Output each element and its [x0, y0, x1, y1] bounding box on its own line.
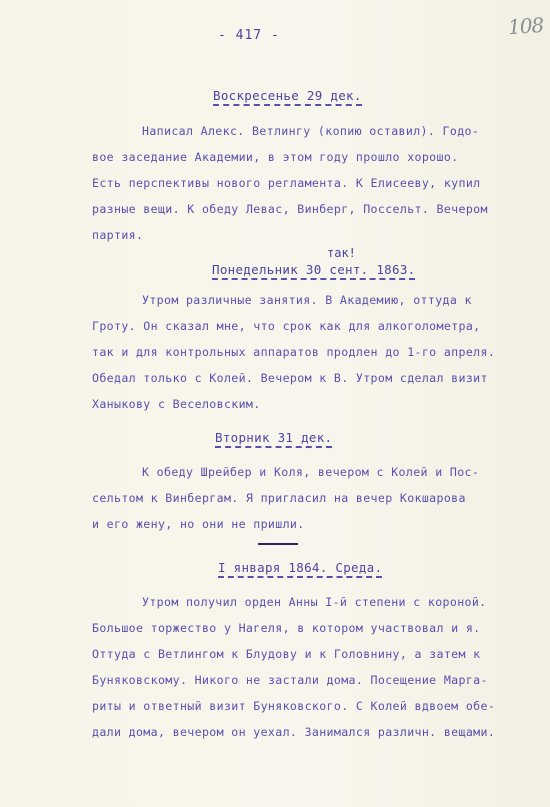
heading-dashed-underline	[212, 278, 415, 280]
entry-body-sunday-29-dec: Написал Алекс. Ветлингу (копию оставил).…	[92, 118, 540, 248]
entry-body-tuesday-31-dec: К обеду Шрейбер и Коля, вечером с Колей …	[92, 459, 540, 537]
entry-heading-1-january-1864: I января 1864. Среда.	[218, 560, 382, 578]
document-page: - 417 - 108 Воскресенье 29 дек. Написал …	[0, 0, 550, 807]
text-line: разные вещи. К обеду Левас, Винберг, Пос…	[92, 196, 540, 222]
heading-dashed-underline	[215, 446, 332, 448]
text-line: Ханыкову с Веселовским.	[92, 391, 540, 417]
entry-heading-text: Воскресенье 29 дек.	[213, 88, 362, 103]
text-line: дали дома, вечером он уехал. Занимался р…	[92, 719, 540, 745]
text-line: сельтом к Винбергам. Я пригласил на вече…	[92, 485, 540, 511]
entry-heading-monday-30: Понедельник 30 сент. 1863.	[212, 262, 415, 280]
text-line: риты и ответный визит Буняковского. С Ко…	[92, 693, 540, 719]
text-line: Буняковскому. Никого не застали дома. По…	[92, 667, 540, 693]
entry-heading-sunday-29-dec: Воскресенье 29 дек.	[213, 88, 362, 106]
text-line: Написал Алекс. Ветлингу (копию оставил).…	[92, 118, 540, 144]
text-line: Оттуда с Ветлингом к Блудову и к Головни…	[92, 641, 540, 667]
handwritten-folio-number: 108	[507, 13, 544, 39]
entry-heading-text: Вторник 31 дек.	[215, 430, 332, 445]
entry-heading-text: I января 1864. Среда.	[218, 560, 382, 575]
heading-dashed-underline	[218, 576, 382, 578]
page-number: - 417 -	[218, 28, 280, 43]
text-line: Утром получил орден Анны I-й степени с к…	[92, 589, 540, 615]
text-line: Гроту. Он сказал мне, что срок как для а…	[92, 313, 540, 339]
heading-dashed-underline	[213, 104, 362, 106]
entry-heading-tuesday-31-dec: Вторник 31 дек.	[215, 430, 332, 448]
text-line: Есть перспективы нового регламента. К Ел…	[92, 170, 540, 196]
section-separator-line	[258, 543, 298, 545]
handwritten-annotation: так!	[327, 246, 356, 260]
text-line: Большое торжество у Нагеля, в котором уч…	[92, 615, 540, 641]
text-line: вое заседание Академии, в этом году прош…	[92, 144, 540, 170]
entry-heading-text: Понедельник 30 сент. 1863.	[212, 262, 415, 277]
text-line: и его жену, но они не пришли.	[92, 511, 540, 537]
text-line: К обеду Шрейбер и Коля, вечером с Колей …	[92, 459, 540, 485]
text-line: Обедал только с Колей. Вечером к В. Утро…	[92, 365, 540, 391]
text-line: Утром различные занятия. В Академию, отт…	[92, 287, 540, 313]
text-line: так и для контрольных аппаратов продлен …	[92, 339, 540, 365]
entry-body-monday-30: Утром различные занятия. В Академию, отт…	[92, 287, 540, 417]
text-line: партия.	[92, 222, 540, 248]
entry-body-1-january-1864: Утром получил орден Анны I-й степени с к…	[92, 589, 540, 745]
